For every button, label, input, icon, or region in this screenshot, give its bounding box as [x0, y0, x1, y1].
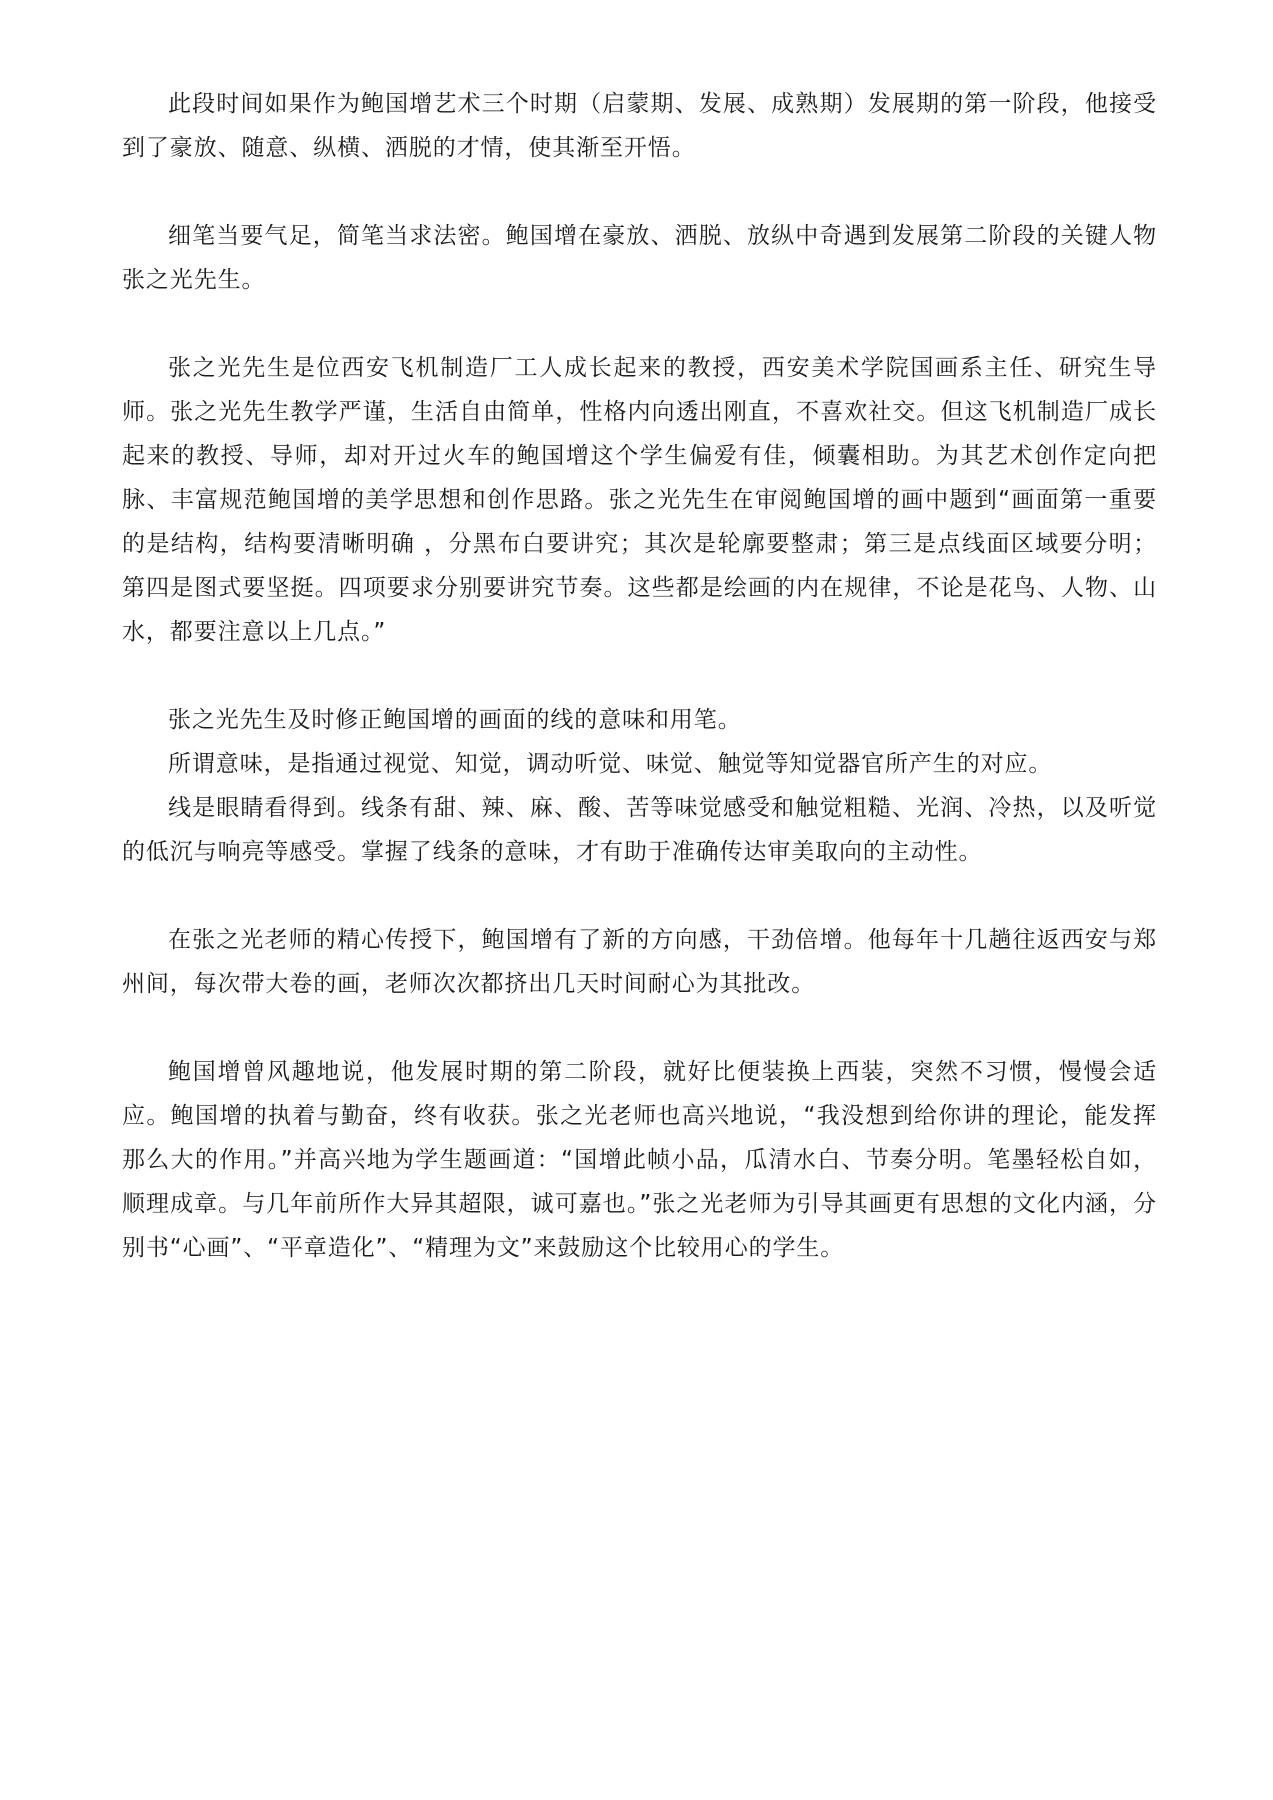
paragraph-7: 在张之光老师的精心传授下，鲍国增有了新的方向感，干劲倍增。他每年十几趟往返西安与…: [122, 918, 1157, 1006]
paragraph-gap: [122, 1006, 1157, 1050]
paragraph-8: 鲍国增曾风趣地说，他发展时期的第二阶段，就好比便装换上西装，突然不习惯，慢慢会适…: [122, 1050, 1157, 1270]
paragraph-gap: [122, 302, 1157, 346]
top-margin: [122, 0, 1157, 82]
paragraph-2: 细笔当要气足，简笔当求法密。鲍国增在豪放、洒脱、放纵中奇遇到发展第二阶段的关键人…: [122, 214, 1157, 302]
paragraph-gap: [122, 170, 1157, 214]
paragraph-5: 所谓意味，是指通过视觉、知觉，调动听觉、味觉、触觉等知觉器官所产生的对应。: [122, 742, 1157, 786]
paragraph-3: 张之光先生是位西安飞机制造厂工人成长起来的教授，西安美术学院国画系主任、研究生导…: [122, 346, 1157, 654]
paragraph-6: 线是眼睛看得到。线条有甜、辣、麻、酸、苦等味觉感受和触觉粗糙、光润、冷热，以及听…: [122, 786, 1157, 874]
document-page: 此段时间如果作为鲍国增艺术三个时期（启蒙期、发展、成熟期）发展期的第一阶段，他接…: [122, 0, 1157, 1270]
paragraph-gap: [122, 874, 1157, 918]
paragraph-1: 此段时间如果作为鲍国增艺术三个时期（启蒙期、发展、成熟期）发展期的第一阶段，他接…: [122, 82, 1157, 170]
paragraph-gap: [122, 654, 1157, 698]
paragraph-4: 张之光先生及时修正鲍国增的画面的线的意味和用笔。: [122, 698, 1157, 742]
